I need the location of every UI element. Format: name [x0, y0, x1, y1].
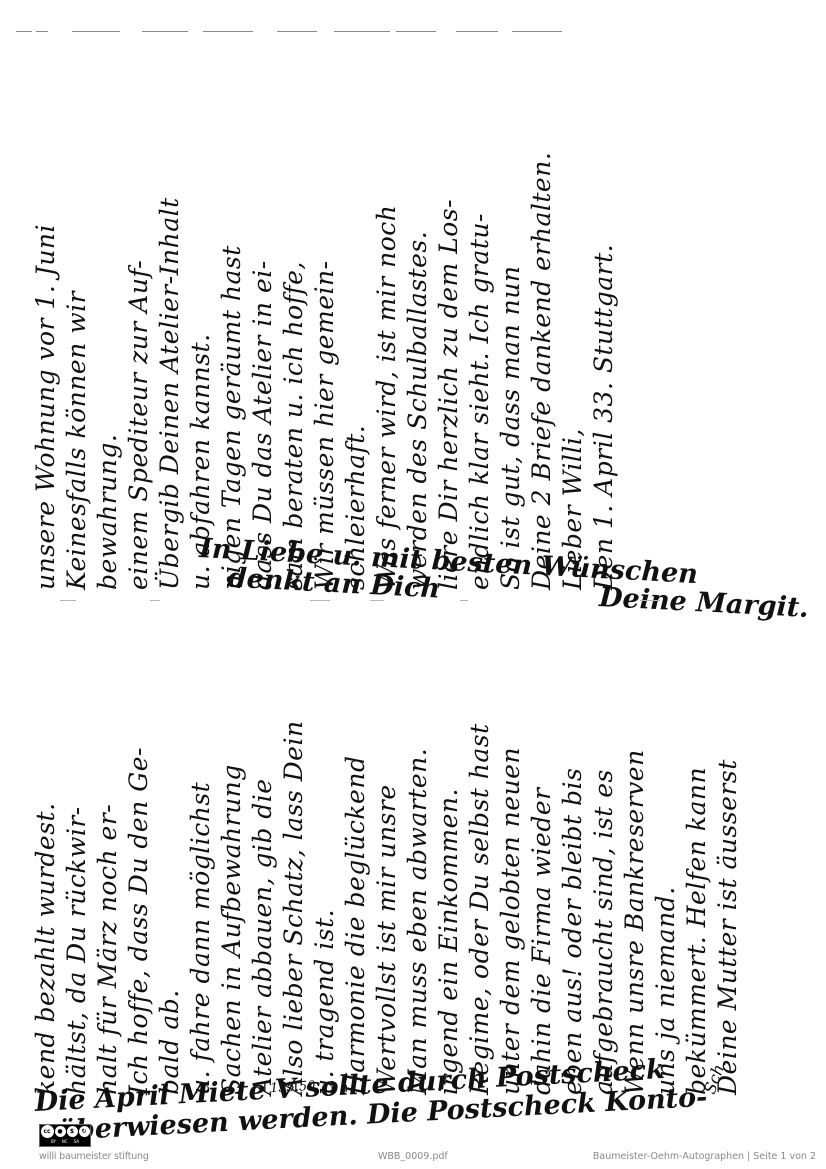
handwritten-line: eben aus! oder bleibt bis	[557, 720, 588, 1095]
creative-commons-by-nc-sa-icon[interactable]: cc ● $ ↻ BY NC SA	[39, 1124, 91, 1147]
handwritten-line: Sachen in Aufbewahrung	[216, 720, 247, 1095]
handwritten-line: dahin die Firma wieder	[526, 720, 557, 1095]
handwritten-line: Man muss eben abwarten.	[402, 720, 433, 1095]
handwritten-line: Harmonie die beglückend	[340, 720, 371, 1095]
letter-upper-section: Den 1. April 33. Stuttgart.Lieber Willi,…	[30, 152, 619, 590]
handwritten-line: hältst, da Du rückwir-	[61, 720, 92, 1095]
handwritten-line: dass Du das Atelier in ei-	[247, 152, 278, 590]
non-commercial-icon: $	[67, 1126, 78, 1137]
handwritten-line: u. tragend ist.	[309, 720, 340, 1095]
attribution-icon: ●	[55, 1126, 66, 1137]
handwritten-line: sam beraten u. ich hoffe,	[278, 152, 309, 590]
handwritten-line: Lieber Willi,	[557, 152, 588, 590]
handwritten-line: unsere Wohnung vor 1. Juni	[30, 152, 61, 590]
handwritten-line: Regime, oder Du selbst hast	[464, 720, 495, 1095]
handwritten-line: So ist gut, dass man nun	[495, 152, 526, 590]
handwritten-line: Ich hoffe, dass Du den Ge-	[123, 720, 154, 1095]
label-sa: SA	[74, 1139, 79, 1144]
label-nc: NC	[62, 1139, 68, 1144]
label-by: BY	[51, 1139, 56, 1144]
handwritten-line: nigen Tagen geräumt hast	[216, 152, 247, 590]
handwritten-line: Keinesfalls können wir	[61, 152, 92, 590]
top-ruling-line	[16, 31, 716, 33]
handwritten-line: u. fahre dann möglichst	[185, 720, 216, 1095]
handwritten-line: Wir müssen hier gemein-	[309, 152, 340, 590]
handwritten-line: bald ab.	[154, 720, 185, 1095]
handwritten-line: Also lieber Schatz, lass Dein	[278, 720, 309, 1095]
letter-closing: In Liebe u. mit besten Wünschen denkt an…	[197, 535, 811, 623]
handwritten-line: Deine 2 Briefe dankend erhalten.	[526, 152, 557, 590]
handwritten-line: schleierhaft.	[340, 152, 371, 590]
handwritten-line: Übergib Deinen Atelier-Inhalt	[154, 152, 185, 590]
document-page: Den 1. April 33. Stuttgart.Lieber Willi,…	[0, 0, 826, 1169]
handwritten-line: irgend ein Einkommen.	[433, 720, 464, 1095]
handwritten-line: halt für März noch er-	[92, 720, 123, 1095]
handwritten-line: einem Spediteur zur Auf-	[123, 152, 154, 590]
middle-fold-line	[40, 600, 730, 602]
footer-filename: WBB_0009.pdf	[378, 1151, 448, 1162]
handwritten-line: u. abfahren kannst.	[185, 152, 216, 590]
page-footer: willi baumeister stiftung WBB_0009.pdf B…	[0, 1149, 826, 1165]
footer-foundation: willi baumeister stiftung	[39, 1151, 149, 1162]
handwritten-line: Atelier abbauen, gib die	[247, 720, 278, 1095]
cc-icon: cc	[41, 1125, 54, 1138]
handwritten-line: aufgebraucht sind, ist es	[588, 720, 619, 1095]
handwritten-line: Wenn unsre Bankreserven	[619, 720, 650, 1095]
handwritten-line: liere Dir herzlich zu dem Los-	[433, 152, 464, 590]
handwritten-line: bekümmert. Helfen kann	[681, 720, 712, 1095]
share-alike-icon: ↻	[79, 1126, 90, 1137]
handwritten-line: uns ja niemand.	[650, 720, 681, 1095]
handwritten-line: kend bezahlt wurdest.	[30, 720, 61, 1095]
handwritten-line: Den 1. April 33. Stuttgart.	[588, 152, 619, 590]
handwritten-line: endlich klar sieht. Ich gratu-	[464, 152, 495, 590]
handwritten-line: Wertvollst ist mir unsre	[371, 720, 402, 1095]
footer-collection-page: Baumeister-Oehm-Autographen | Seite 1 vo…	[593, 1151, 816, 1162]
handwritten-line: unter dem gelobten neuen	[495, 720, 526, 1095]
handwritten-line: Deine Mutter ist äusserst	[712, 720, 743, 1095]
handwritten-line: Was ferner wird, ist mir noch	[371, 152, 402, 590]
handwritten-line: bewahrung.	[92, 152, 123, 590]
letter-lower-section: Deine Mutter ist äusserstbekümmert. Helf…	[30, 720, 743, 1095]
handwritten-line: werden des Schulballastes.	[402, 152, 433, 590]
